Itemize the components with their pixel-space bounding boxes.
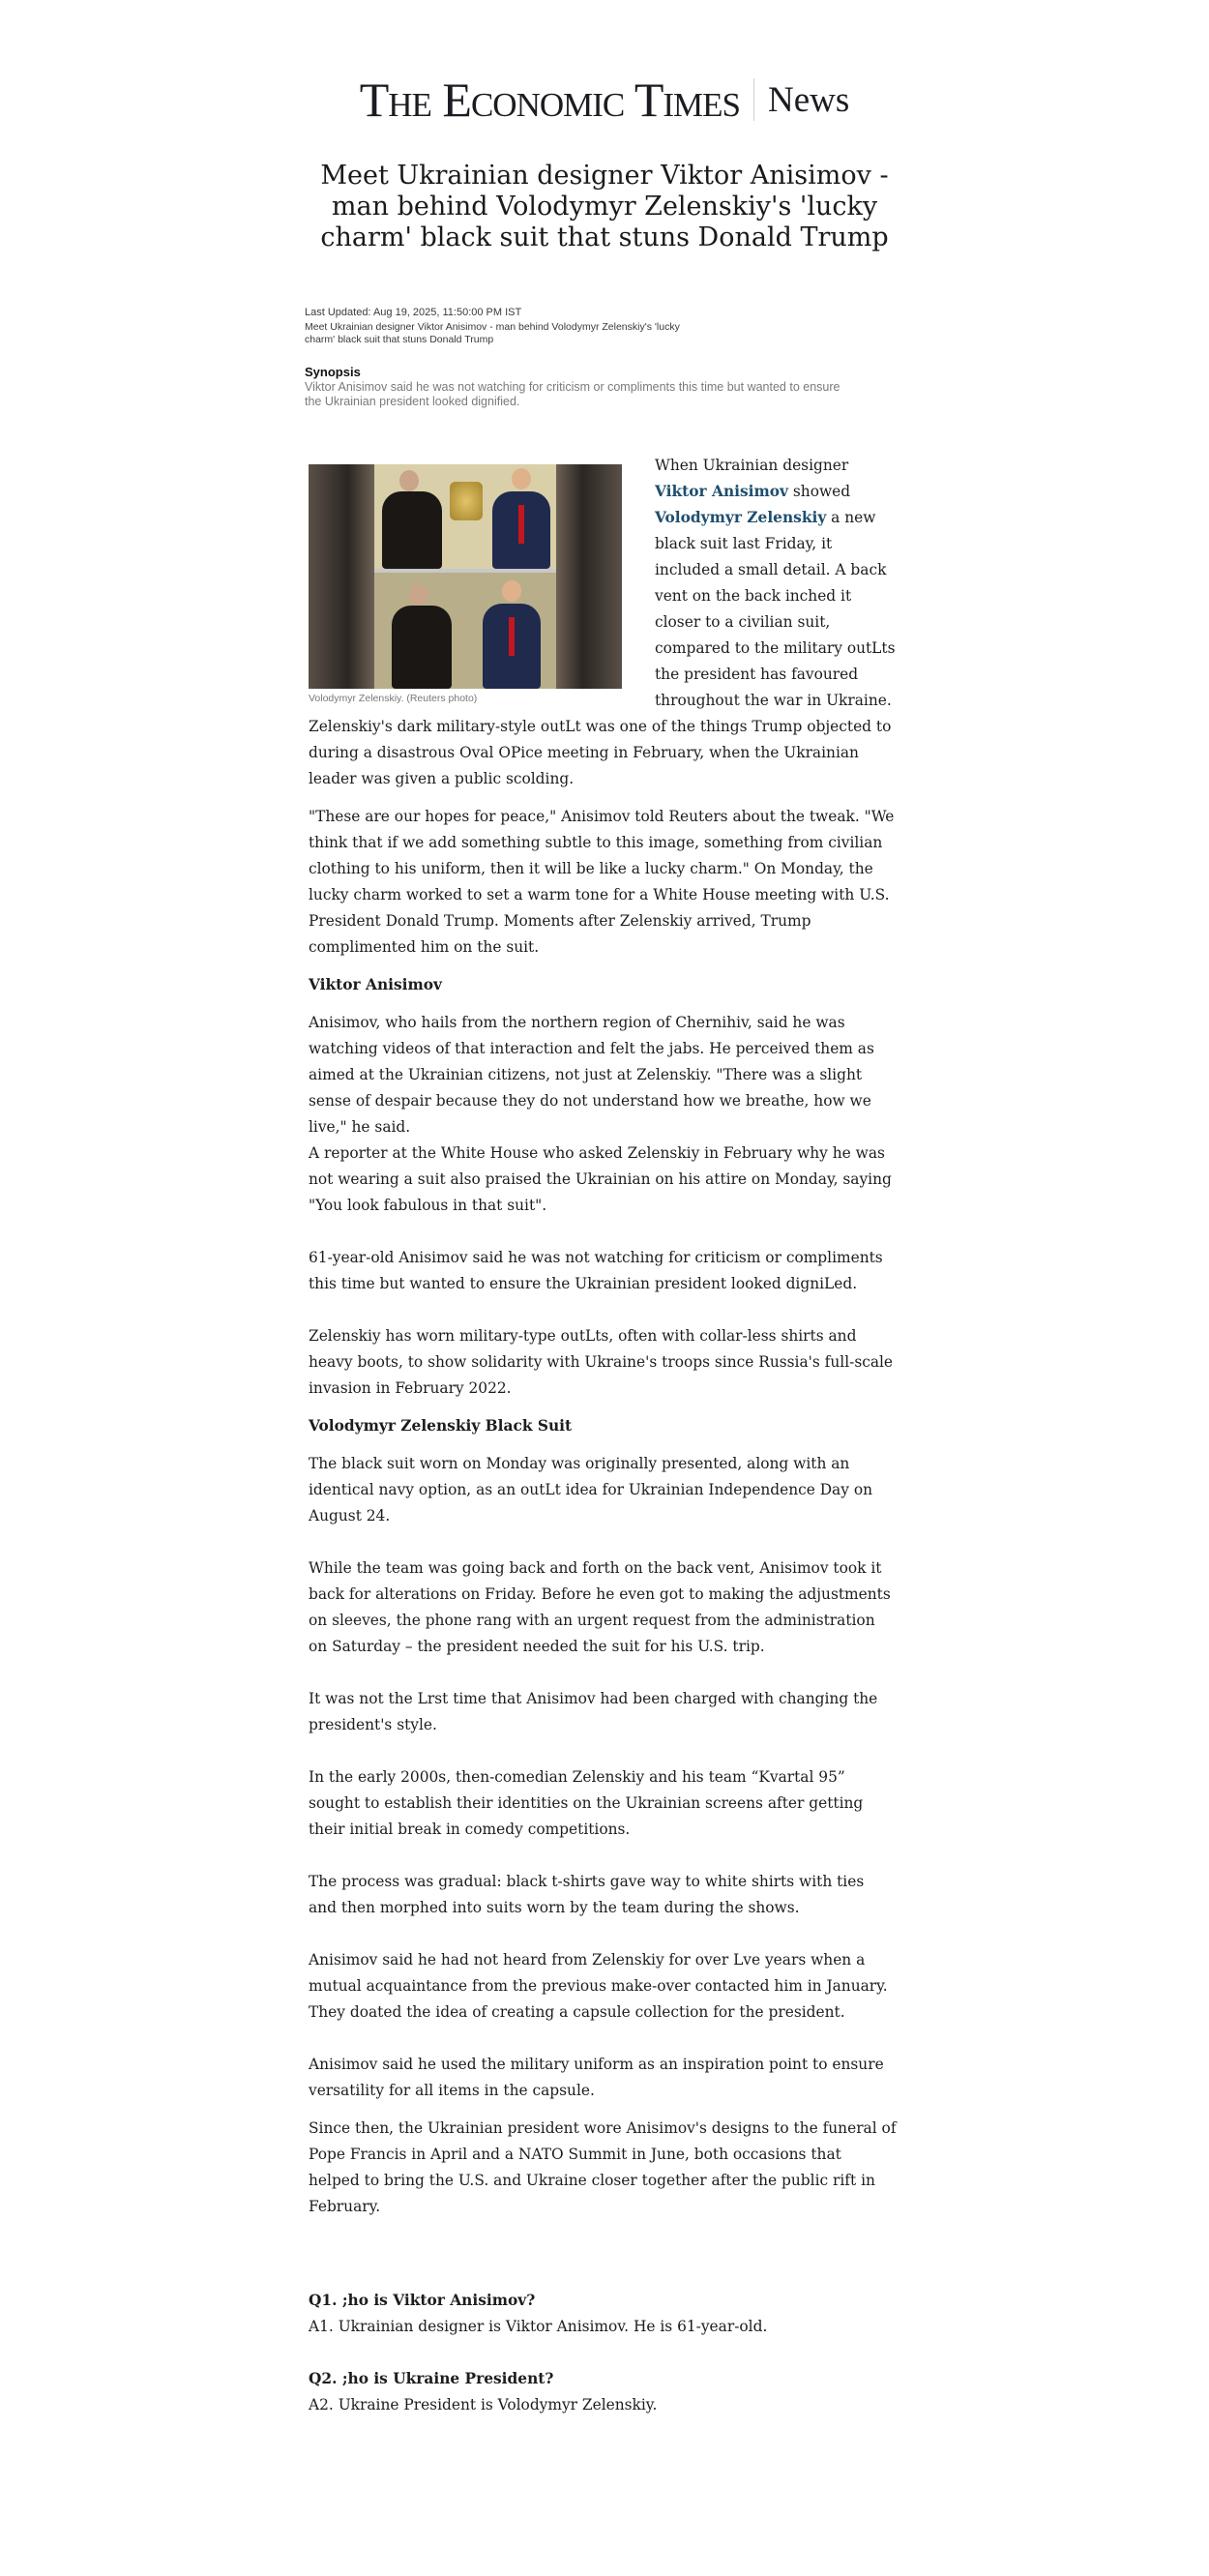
masthead-divider bbox=[753, 78, 754, 121]
paragraph: While the team was going back and forth … bbox=[309, 1555, 897, 1660]
link-viktor-anisimov[interactable]: Viktor Anisimov bbox=[655, 483, 788, 500]
spacer bbox=[309, 2340, 897, 2366]
spacer bbox=[309, 1230, 897, 1245]
spacer bbox=[309, 1541, 897, 1555]
red-tie bbox=[518, 505, 524, 544]
last-updated: Last Updated: Aug 19, 2025, 11:50:00 PM … bbox=[305, 306, 711, 319]
head bbox=[399, 470, 419, 491]
brand-logo[interactable]: The Economic Times bbox=[360, 75, 740, 124]
faq-question-2: Q2. ;ho is Ukraine President? bbox=[309, 2366, 897, 2392]
article-meta: Last Updated: Aug 19, 2025, 11:50:00 PM … bbox=[305, 306, 711, 346]
synopsis: Synopsis Viktor Anisimov said he was not… bbox=[305, 365, 846, 409]
paragraph: In the early 2000s, then-comedian Zelens… bbox=[309, 1764, 897, 1843]
article-headline: Meet Ukrainian designer Viktor Anisimov … bbox=[305, 161, 904, 253]
faq-question-1: Q1. ;ho is Viktor Anisimov? bbox=[309, 2288, 897, 2314]
person-zelenskiy bbox=[382, 491, 442, 569]
faq-section: Q1. ;ho is Viktor Anisimov? A1. Ukrainia… bbox=[309, 2288, 897, 2418]
person-trump bbox=[483, 604, 541, 689]
synopsis-title: Synopsis bbox=[305, 365, 846, 380]
faq-answer-2: A2. Ukraine President is Volodymyr Zelen… bbox=[309, 2392, 897, 2418]
photo-caption: Volodymyr Zelenskiy. (Reuters photo) bbox=[309, 692, 630, 705]
photo-blur-left bbox=[309, 464, 374, 689]
paragraph: Anisimov said he used the military unifo… bbox=[309, 2052, 897, 2104]
subheading-viktor-anisimov: Viktor Anisimov bbox=[309, 972, 897, 998]
spacer bbox=[309, 1309, 897, 1323]
photo-panel-top bbox=[374, 464, 556, 569]
head bbox=[512, 468, 531, 489]
spacer bbox=[309, 1933, 897, 1947]
head bbox=[409, 584, 428, 606]
section-label[interactable]: News bbox=[768, 79, 849, 121]
fireplace-ornament bbox=[450, 482, 483, 520]
paragraph: Anisimov said he had not heard from Zele… bbox=[309, 1947, 897, 2026]
paragraph: The black suit worn on Monday was origin… bbox=[309, 1451, 897, 1529]
spacer bbox=[309, 1854, 897, 1869]
spacer bbox=[309, 2037, 897, 2052]
paragraph: The process was gradual: black t-shirts … bbox=[309, 1869, 897, 1921]
intro-text: When Ukrainian designer bbox=[655, 457, 848, 474]
red-tie bbox=[509, 617, 515, 656]
photo-blur-right bbox=[556, 464, 622, 689]
paragraph: Zelenskiy has worn military-type outLts,… bbox=[309, 1323, 897, 1402]
article-photo bbox=[309, 464, 622, 689]
link-volodymyr-zelenskiy[interactable]: Volodymyr Zelenskiy bbox=[655, 509, 826, 526]
paragraph: Since then, the Ukrainian president wore… bbox=[309, 2116, 897, 2220]
subheading-black-suit: Volodymyr Zelenskiy Black Suit bbox=[309, 1413, 897, 1439]
masthead: The Economic Times News bbox=[0, 75, 1209, 124]
article-body: Volodymyr Zelenskiy. (Reuters photo) Whe… bbox=[309, 449, 897, 2418]
intro-text: showed bbox=[788, 483, 850, 500]
spacer bbox=[309, 1750, 897, 1764]
spacer bbox=[309, 1672, 897, 1686]
synopsis-text: Viktor Anisimov said he was not watching… bbox=[305, 380, 846, 409]
head bbox=[502, 580, 521, 602]
article-subtitle: Meet Ukrainian designer Viktor Anisimov … bbox=[305, 321, 711, 346]
paragraph: A reporter at the White House who asked … bbox=[309, 1140, 897, 1219]
faq-answer-1: A1. Ukrainian designer is Viktor Anisimo… bbox=[309, 2314, 897, 2340]
photo-panel-bottom bbox=[374, 573, 556, 689]
paragraph: "These are our hopes for peace," Anisimo… bbox=[309, 804, 897, 961]
person-trump bbox=[492, 491, 550, 569]
paragraph: 61-year-old Anisimov said he was not wat… bbox=[309, 1245, 897, 1297]
article-figure: Volodymyr Zelenskiy. (Reuters photo) bbox=[309, 464, 630, 705]
paragraph: Anisimov, who hails from the northern re… bbox=[309, 1010, 897, 1140]
paragraph: It was not the Lrst time that Anisimov h… bbox=[309, 1686, 897, 1738]
person-zelenskiy bbox=[392, 606, 452, 689]
